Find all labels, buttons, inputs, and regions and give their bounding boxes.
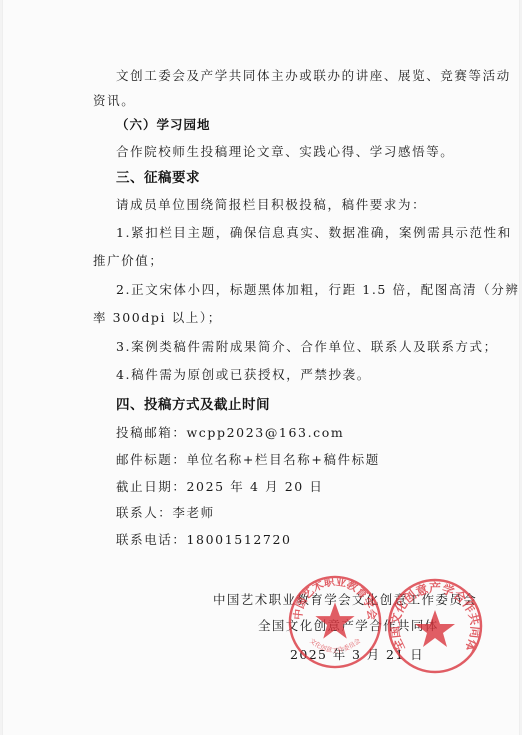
paragraph-requirements-intro: 请成员单位围绕简报栏目积极投稿，稿件要求为： — [116, 197, 426, 213]
requirement-1-line1: 1.紧扣栏目主题，确保信息真实、数据准确，案例需具示范性和 — [116, 225, 512, 241]
section-heading-requirements: 三、征稿要求 — [116, 170, 200, 186]
submission-contact: 联系人：李老师 — [116, 505, 215, 521]
signature-org1: 中国艺术职业教育学会文化创意工作委员会 — [213, 592, 477, 608]
document-page: 文创工委会及产学共同体主办或联办的讲座、展览、竞赛等活动 资讯。 （六）学习园地… — [3, 0, 519, 735]
submission-deadline: 截止日期：2025 年 4 月 20 日 — [116, 479, 324, 495]
requirement-3: 3.案例类稿件需附成果简介、合作单位、联系人及联系方式； — [116, 339, 498, 355]
submission-subject: 邮件标题：单位名称+栏目名称+稿件标题 — [116, 452, 380, 468]
signature-org2: 全国文化创意产学合作共同体 — [258, 618, 439, 634]
section-heading-submission: 四、投稿方式及截止时间 — [116, 397, 270, 413]
signature-date: 2025 年 3 月 21 日 — [290, 647, 424, 663]
paragraph-study-garden: 合作院校师生投稿理论文章、实践心得、学习感悟等。 — [116, 144, 454, 160]
paragraph-activities-line2: 资讯。 — [93, 93, 135, 109]
subheading-study-garden: （六）学习园地 — [116, 117, 211, 133]
requirement-4: 4.稿件需为原创或已获授权，严禁抄袭。 — [116, 367, 371, 383]
requirement-2-line1: 2.正文宋体小四，标题黑体加粗，行距 1.5 倍，配图高清（分辨 — [116, 282, 519, 298]
requirement-2-line2: 率 300dpi 以上）； — [93, 310, 222, 326]
submission-phone: 联系电话：18001512720 — [116, 532, 292, 548]
requirement-1-line2: 推广价值； — [93, 253, 164, 269]
submission-email: 投稿邮箱：wcpp2023@163.com — [116, 425, 344, 441]
paragraph-activities-line1: 文创工委会及产学共同体主办或联办的讲座、展览、竞赛等活动 — [116, 68, 511, 84]
